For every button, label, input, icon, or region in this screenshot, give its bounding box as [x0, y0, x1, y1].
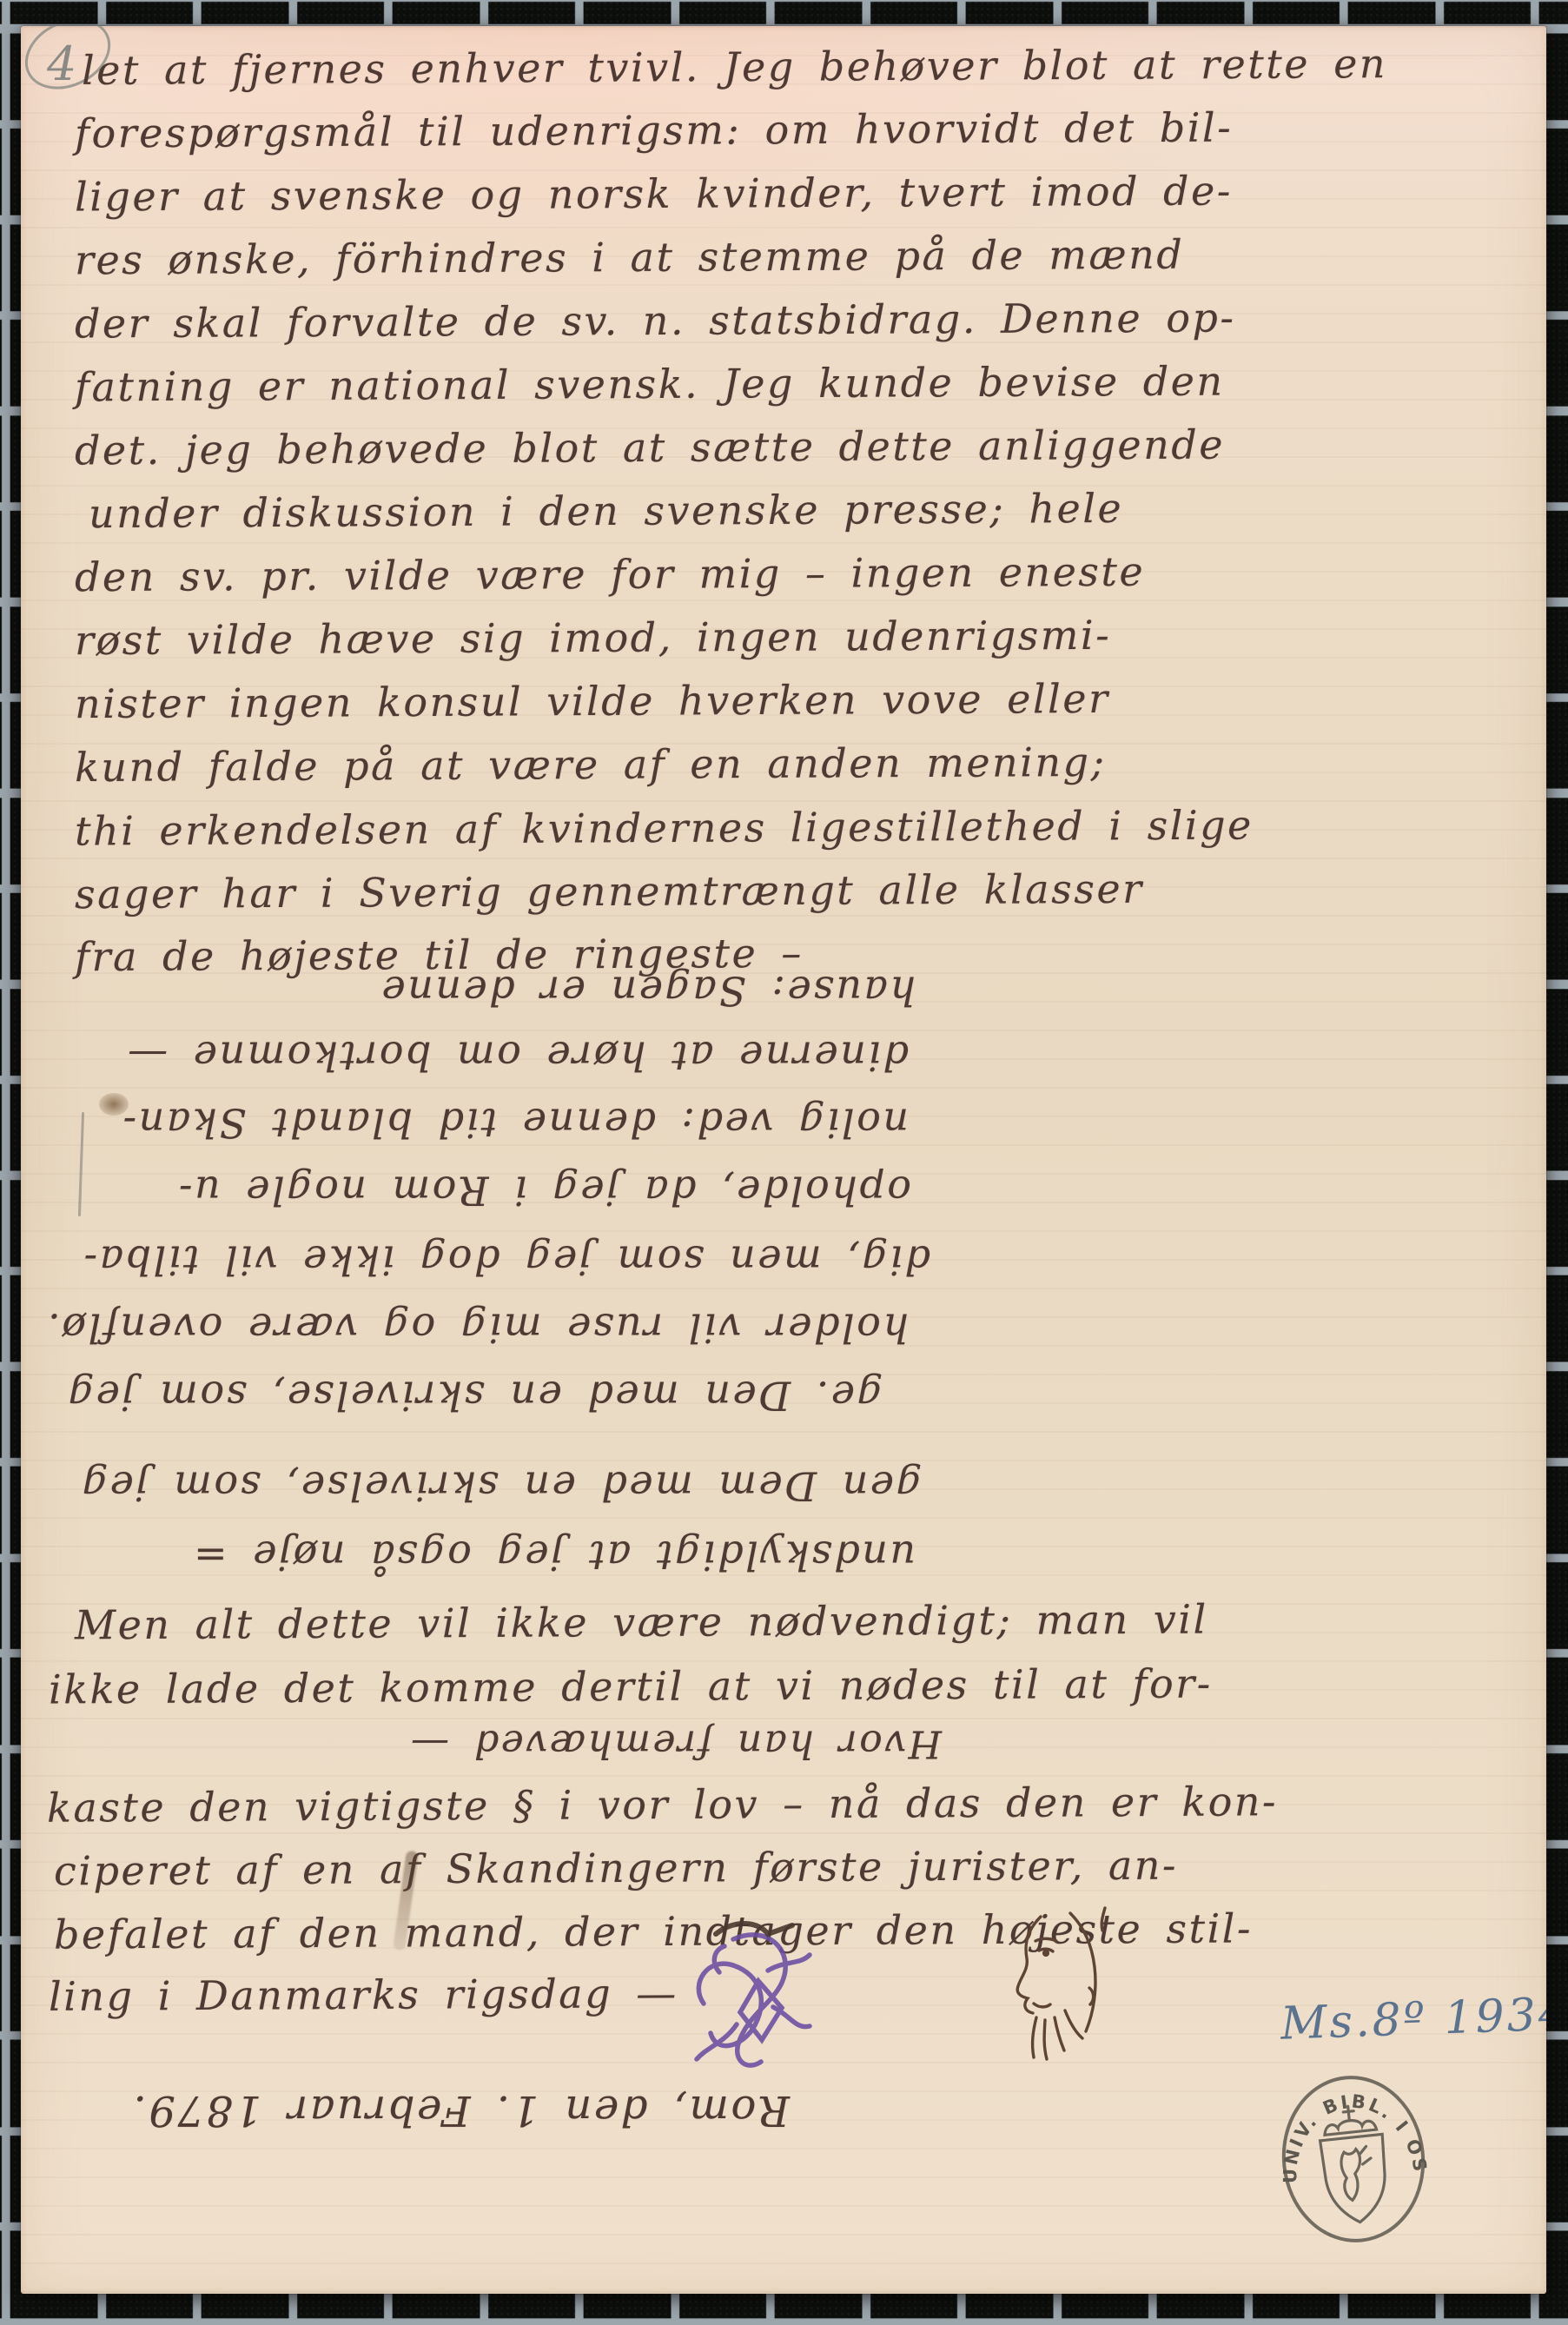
library-stamp: UNIV. BIBL. I OSLO — [1268, 2060, 1439, 2257]
handwritten-line-flipped: undskyldigt at jeg også nøje = — [47, 1533, 916, 1578]
archive-scan-background: { "page": { "number": "4", "annotation":… — [0, 0, 1568, 2325]
handwritten-line: fatning er national svensk. Jeg kunde be… — [75, 360, 1225, 410]
handwritten-line: Men alt dette vil ikke være nødvendigt; … — [75, 1598, 1208, 1647]
handwritten-line-flipped: hause: Sagen er denne — [551, 969, 916, 1013]
handwritten-line: kund falde på at være af en anden mening… — [75, 740, 1107, 790]
handwritten-line: ikke lade det komme dertil at vi nødes t… — [49, 1661, 1213, 1712]
handwritten-line-flipped: Rom, den 1. Februar 1879. — [103, 2087, 790, 2133]
handwritten-line: sager har i Sverig gennemtrængt alle kla… — [75, 867, 1144, 917]
manuscript-page-scan: 4 let at fjernes enhver tvivl. Jeg behøv… — [21, 26, 1546, 2294]
handwritten-line-flipped: opholde, da jeg i Rom nogle u- — [95, 1169, 911, 1213]
monogram-stamp — [685, 1917, 824, 2086]
handwritten-line: liger at svenske og norsk kvinder, tvert… — [75, 169, 1233, 220]
page-number: 4 — [46, 36, 76, 91]
shelfmark-annotation: Ms.8º 1934 — [1280, 1991, 1546, 2047]
handwritten-line-flipped: holder vil ruse mig og være ovenflø. — [75, 1306, 909, 1350]
handwritten-line: der skal forvalte de sv. n. statsbidrag.… — [75, 296, 1236, 347]
handwritten-line-flipped: nolig ved: denne tid blandt Skan- — [75, 1101, 909, 1145]
handwritten-line-flipped: dig, men som jeg dog ikke vil tilba- — [75, 1238, 930, 1282]
handwritten-line: thi erkendelsen af kvindernes ligestille… — [75, 803, 1254, 853]
stamp-crest — [1317, 2103, 1392, 2226]
handwritten-line: let at fjernes enhver tvivl. Jeg behøver… — [82, 42, 1387, 92]
handwritten-line: ling i Danmarks rigsdag — — [49, 1971, 678, 2018]
handwritten-line: røst vilde hæve sig imod, ingen udenrigs… — [75, 613, 1111, 663]
ink-blot — [99, 1093, 129, 1116]
handwritten-line-flipped: Hvor han fremhæved — — [386, 1722, 942, 1764]
face-profile-doodle — [987, 1903, 1117, 2094]
handwritten-line: nister ingen konsul vilde hverken vove e… — [75, 677, 1110, 726]
handwritten-line: forespørgsmål til udenrigsm: om hvorvidt… — [75, 106, 1233, 156]
handwritten-line: res ønske, förhindres i at stemme på de … — [75, 233, 1184, 282]
handwritten-line: ciperet af en af Skandingern første juri… — [54, 1844, 1178, 1893]
handwritten-line-flipped: dinerne at høre om bortkomne — — [75, 1034, 909, 1078]
handwritten-line-flipped: gen Dem med en skrivelse, som jeg — [75, 1464, 922, 1508]
handwritten-line: kaste den vigtigste § i vor lov – nå das… — [47, 1779, 1278, 1830]
handwritten-line: under diskussion i den svenske presse; h… — [89, 487, 1123, 536]
handwritten-line: det. jeg behøvede blot at sætte dette an… — [75, 423, 1225, 474]
handwritten-line: den sv. pr. vilde være for mig – ingen e… — [75, 550, 1145, 599]
handwritten-line-flipped: ge. Den med en skrivelse, som jeg — [75, 1374, 883, 1418]
stamp-arc-text: UNIV. BIBL. I OSLO — [1268, 2060, 1432, 2189]
